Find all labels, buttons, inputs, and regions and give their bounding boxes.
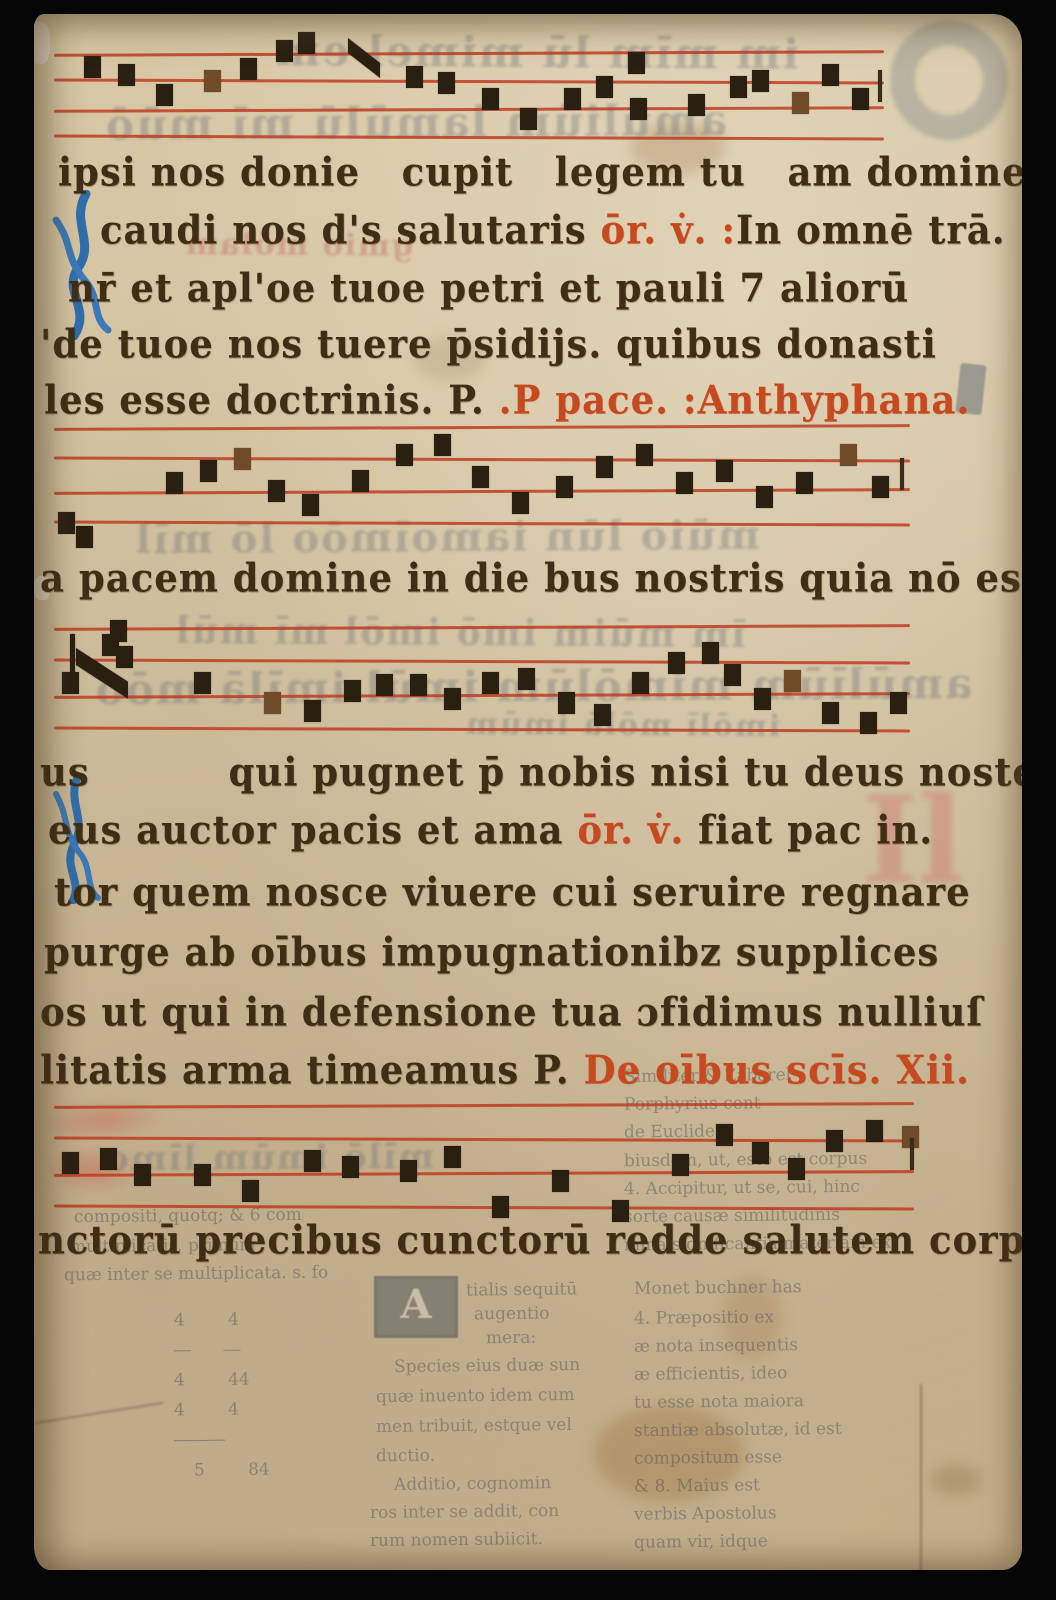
printed-showthrough-line: compositum esse xyxy=(634,1447,782,1469)
neume-punctum xyxy=(784,670,801,692)
text-segment: a pacem domine in die bus nostris quia n… xyxy=(40,554,1022,601)
neume-punctum xyxy=(596,76,613,98)
photo-backdrop: Il A compositi, quotq; & 6 commultiplica… xyxy=(0,0,1056,1600)
neume-punctum xyxy=(116,646,133,668)
printed-showthrough-line: tu esse nota maiora xyxy=(634,1391,804,1413)
text-segment: ipsi nos donie cupit legem tu am domine. xyxy=(58,148,1022,195)
text-line: os ut qui in defensione tua ɔfidimus nul… xyxy=(40,988,983,1035)
neume-punctum xyxy=(194,672,211,694)
text-segment: os ut qui in defensione tua ɔfidimus nul… xyxy=(40,988,983,1035)
neume-punctum xyxy=(724,664,741,686)
neume-punctum xyxy=(676,472,693,494)
neume-punctum xyxy=(342,1156,359,1178)
neume-punctum xyxy=(556,476,573,498)
printed-showthrough-line: 4 4 xyxy=(174,1310,239,1331)
music-staff xyxy=(54,612,910,762)
text-line: nr̄ et apl'oe tuoe petri et pauli 7 alio… xyxy=(68,264,909,311)
neume-punctum xyxy=(482,672,499,694)
neume-punctum xyxy=(166,472,183,494)
neume-punctum xyxy=(716,460,733,482)
text-segment: les esse doctrinis. P. xyxy=(44,376,499,423)
neume-punctum xyxy=(242,1180,259,1202)
printed-showthrough-line: 5 84 xyxy=(194,1460,270,1481)
neume-climacus xyxy=(348,38,380,78)
neume-punctum xyxy=(754,688,771,710)
rubric-segment: ōr. v̇. xyxy=(577,806,698,853)
neume-punctum xyxy=(200,460,217,482)
text-segment: In omnē trā. xyxy=(736,206,1006,253)
printed-showthrough-line: verbis Apostolus xyxy=(634,1503,777,1524)
neume-punctum xyxy=(564,88,581,110)
neume-punctum xyxy=(76,526,93,548)
neume-punctum xyxy=(822,702,839,724)
text-line: nctorū precibus cunctorū redde salutem c… xyxy=(38,1216,1022,1263)
neume-punctum xyxy=(672,1154,689,1176)
text-segment: litatis arma timeamus P. xyxy=(40,1046,584,1093)
printed-showthrough-line: quæ inter se multiplicata. s. fo xyxy=(64,1263,328,1286)
text-segment: us qui pugnet p̄ nobis nisi tu deus nost… xyxy=(40,748,1022,795)
music-staff xyxy=(54,26,884,156)
neume-punctum xyxy=(866,1120,883,1142)
neume-punctum xyxy=(512,492,529,514)
neume-punctum xyxy=(520,108,537,130)
neume-punctum xyxy=(632,672,649,694)
text-segment: nctorū precibus cunctorū redde salutem c… xyxy=(38,1216,1022,1263)
neume-punctum xyxy=(716,1124,733,1146)
neume-punctum xyxy=(410,674,427,696)
stain xyxy=(930,1464,982,1496)
neume-punctum xyxy=(444,1146,461,1168)
printed-showthrough-line: Species eius duæ sun xyxy=(394,1355,580,1377)
neume-punctum xyxy=(302,494,319,516)
printed-showthrough-line: rum nomen subiicit. xyxy=(370,1529,543,1551)
text-line: a pacem domine in die bus nostris quia n… xyxy=(40,554,1022,601)
neume-punctum xyxy=(400,1160,417,1182)
crease xyxy=(35,1402,164,1424)
rubric-segment: ōr. v̇. : xyxy=(601,206,736,253)
printed-showthrough-line: quæ inuento idem cum xyxy=(376,1385,575,1407)
printed-showthrough-line: ros inter se addit, con xyxy=(370,1501,559,1523)
neume-punctum xyxy=(702,642,719,664)
neume-punctum xyxy=(852,88,869,110)
neume-punctum xyxy=(756,486,773,508)
printed-showthrough-line: ductio. xyxy=(376,1446,435,1467)
neume-punctum xyxy=(204,70,221,92)
neume-punctum xyxy=(752,1142,769,1164)
neume-punctum xyxy=(482,88,499,110)
staff-line xyxy=(54,135,884,141)
neume-punctum xyxy=(156,84,173,106)
neume-punctum xyxy=(406,66,423,88)
text-segment: fiat pac in. xyxy=(698,806,933,853)
neume-punctum xyxy=(62,1152,79,1174)
neume-punctum xyxy=(518,668,535,690)
neume-punctum xyxy=(100,1148,117,1170)
neume-punctum xyxy=(596,456,613,478)
staff-line xyxy=(54,457,910,463)
neume-punctum xyxy=(826,1130,843,1152)
neume-punctum xyxy=(264,692,281,714)
printed-showthrough-line: Monet buchner has xyxy=(634,1277,802,1299)
neume-punctum xyxy=(840,444,857,466)
neume-punctum xyxy=(276,40,293,62)
neume-punctum xyxy=(234,448,251,470)
text-segment: purge ab oībus impugnationibz supplices xyxy=(44,928,939,975)
printed-showthrough-line: Additio, cognomin xyxy=(394,1473,551,1495)
printed-showthrough-line: ――― xyxy=(174,1430,225,1451)
neume-punctum xyxy=(134,1164,151,1186)
printed-showthrough-line: 4 4 xyxy=(174,1400,239,1421)
music-staff xyxy=(54,414,910,564)
neume-punctum xyxy=(792,92,809,114)
printed-showthrough-line: men tribuit, estque vel xyxy=(376,1415,572,1437)
staff-end-stroke xyxy=(900,458,904,490)
text-line: litatis arma timeamus P. De oībus scīs. … xyxy=(40,1046,970,1093)
neume-punctum xyxy=(110,620,127,642)
staff-line xyxy=(54,727,910,733)
woodcut-initial-showthrough: A xyxy=(374,1276,458,1338)
neume-punctum xyxy=(240,58,257,80)
staff-line xyxy=(54,424,910,431)
neume-punctum xyxy=(472,466,489,488)
rubric-segment: .P pace. :Anthyphana. xyxy=(499,376,971,423)
neume-punctum xyxy=(118,64,135,86)
text-line: 'de tuoe nos tuere p̄sidijs. quibus dona… xyxy=(40,320,937,367)
neume-punctum xyxy=(304,700,321,722)
neume-punctum xyxy=(822,64,839,86)
text-segment: 'de tuoe nos tuere p̄sidijs. quibus dona… xyxy=(40,320,937,367)
neume-punctum xyxy=(344,680,361,702)
neume-punctum xyxy=(668,652,685,674)
neume-punctum xyxy=(860,712,877,734)
staff-end-stroke xyxy=(910,1138,914,1170)
neume-punctum xyxy=(796,472,813,494)
parchment-tear xyxy=(34,22,50,64)
neume-punctum xyxy=(788,1158,805,1180)
staff-line xyxy=(54,1170,914,1177)
staff-line xyxy=(54,521,910,527)
text-segment: caudi nos d's salutaris xyxy=(100,206,601,253)
staff-line xyxy=(54,106,884,113)
neume-punctum xyxy=(268,480,285,502)
staff-line xyxy=(54,1204,914,1210)
neume-punctum xyxy=(58,512,75,534)
neume-punctum xyxy=(304,1150,321,1172)
neume-punctum xyxy=(730,76,747,98)
neume-punctum xyxy=(444,688,461,710)
neume-punctum xyxy=(594,704,611,726)
printed-showthrough-line: tialis sequitū xyxy=(466,1279,577,1300)
printed-showthrough-line: æ nota insequentis xyxy=(634,1335,798,1357)
printed-showthrough-line: augentio xyxy=(474,1304,550,1325)
neume-punctum xyxy=(84,56,101,78)
text-line: us qui pugnet p̄ nobis nisi tu deus nost… xyxy=(40,748,1022,795)
text-line: caudi nos d's salutaris ōr. v̇. :In omnē… xyxy=(100,206,1006,253)
text-segment: nr̄ et apl'oe tuoe petri et pauli 7 alio… xyxy=(68,264,909,311)
neume-punctum xyxy=(552,1170,569,1192)
staff-line xyxy=(54,1136,914,1142)
printed-showthrough-line: stantiæ absolutæ, id est xyxy=(634,1419,842,1441)
neume-stem xyxy=(70,634,75,678)
neume-punctum xyxy=(872,476,889,498)
neume-punctum xyxy=(558,692,575,714)
printed-showthrough-line: æ efficientis, ideo xyxy=(634,1363,788,1385)
neume-punctum xyxy=(396,444,413,466)
text-segment: eus auctor pacis et ama xyxy=(48,806,577,853)
printed-showthrough-line: 4. Præpositio ex xyxy=(634,1307,774,1328)
staff-line xyxy=(54,1102,914,1109)
neume-punctum xyxy=(434,434,451,456)
printed-showthrough-line: & 8. Maius est xyxy=(634,1475,760,1496)
ghost-initial-o xyxy=(890,20,1008,140)
neume-punctum xyxy=(890,692,907,714)
printed-showthrough-line: quam vir, idque xyxy=(634,1531,768,1552)
neume-punctum xyxy=(352,470,369,492)
text-line: purge ab oībus impugnationibz supplices xyxy=(44,928,939,975)
text-segment: tor quem nosce viuere cui seruire regnar… xyxy=(54,868,971,915)
text-line: eus auctor pacis et ama ōr. v̇. fiat pac… xyxy=(48,806,933,853)
rubric-segment: De oībus scīs. Xii. xyxy=(584,1046,970,1093)
neume-punctum xyxy=(630,98,647,120)
neume-punctum xyxy=(298,32,315,54)
text-line: tor quem nosce viuere cui seruire regnar… xyxy=(54,868,971,915)
text-line: ipsi nos donie cupit legem tu am domine. xyxy=(58,148,1022,195)
neume-punctum xyxy=(492,1196,509,1218)
neume-punctum xyxy=(194,1164,211,1186)
neume-punctum xyxy=(376,674,393,696)
printed-showthrough-line: ― ― xyxy=(174,1340,241,1361)
staff-line xyxy=(54,50,884,57)
printed-showthrough-line: mera: xyxy=(486,1328,536,1349)
printed-showthrough-line: 4 44 xyxy=(174,1370,250,1391)
crease xyxy=(920,1384,922,1570)
manuscript-page: Il A compositi, quotq; & 6 commultiplica… xyxy=(34,14,1022,1570)
text-line: les esse doctrinis. P. .P pace. :Anthyph… xyxy=(44,376,970,423)
staff-line xyxy=(54,624,910,631)
neume-punctum xyxy=(636,444,653,466)
neume-punctum xyxy=(752,70,769,92)
staff-end-stroke xyxy=(878,70,882,102)
neume-punctum xyxy=(628,52,645,74)
neume-punctum xyxy=(438,72,455,94)
staff-line xyxy=(54,659,910,665)
neume-punctum xyxy=(688,94,705,116)
